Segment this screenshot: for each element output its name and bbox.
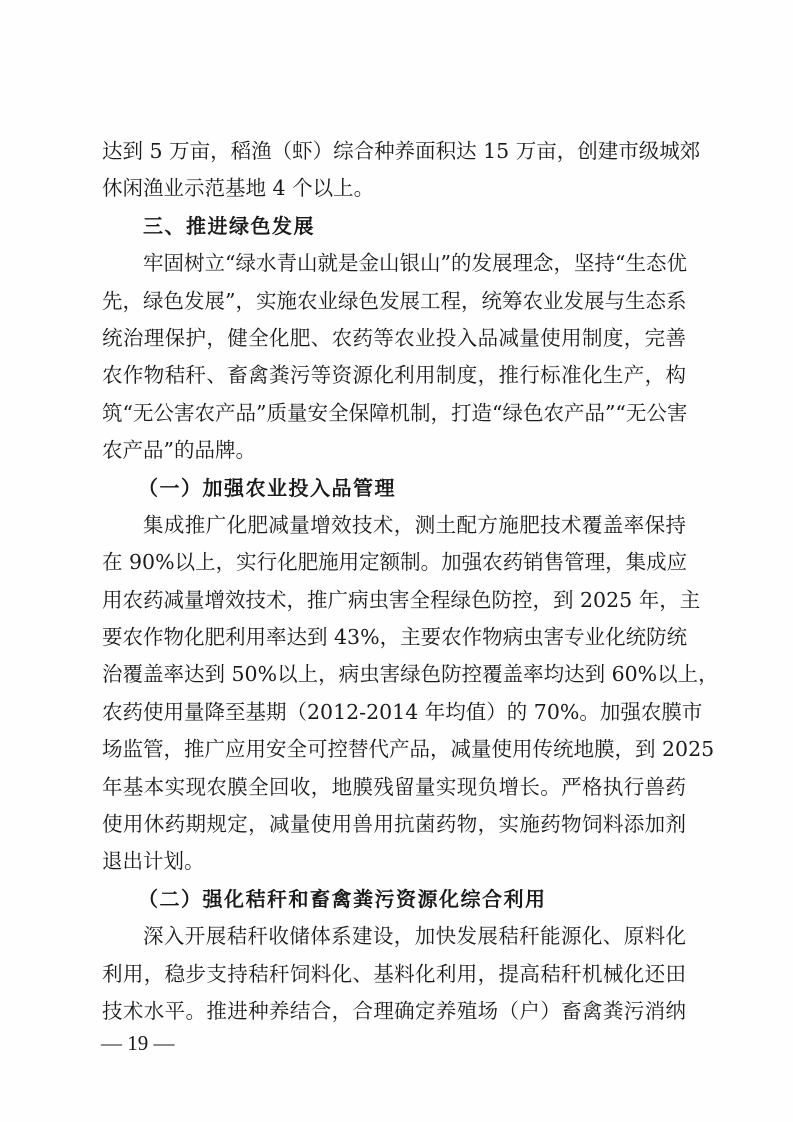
paragraph-line: 要农作物化肥利用率达到 43%，主要农作物病虫害专业化统防统 (102, 619, 686, 656)
paragraph-line: 深入开展秸秆收储体系建设，加快发展秸秆能源化、原料化 (102, 918, 686, 955)
subsection-heading: （二）强化秸秆和畜禽粪污资源化综合利用 (102, 881, 686, 918)
paragraph-line: 农产品”的品牌。 (102, 432, 686, 469)
paragraph-line: 场监管，推广应用安全可控替代产品，减量使用传统地膜，到 2025 (102, 731, 686, 768)
paragraph-line: 退出计划。 (102, 843, 686, 880)
paragraph-line: 年基本实现农膜全回收，地膜残留量实现负增长。严格执行兽药 (102, 769, 686, 806)
paragraph-line: 先，绿色发展”，实施农业绿色发展工程，统筹农业发展与生态系 (102, 283, 686, 320)
paragraph-line: 使用休药期规定，减量使用兽用抗菌药物，实施药物饲料添加剂 (102, 806, 686, 843)
paragraph-line: 在 90%以上，实行化肥施用定额制。加强农药销售管理，集成应 (102, 544, 686, 581)
subsection-heading: （一）加强农业投入品管理 (102, 470, 686, 507)
paragraph-line: 达到 5 万亩，稻渔（虾）综合种养面积达 15 万亩，创建市级城郊 (102, 133, 686, 170)
paragraph-line: 农作物秸秆、畜禽粪污等资源化利用制度，推行标准化生产，构 (102, 357, 686, 394)
page-number: — 19 — (101, 1030, 175, 1056)
paragraph-line: 农药使用量降至基期（2012-2014 年均值）的 70%。加强农膜市 (102, 694, 686, 731)
paragraph-line: 休闲渔业示范基地 4 个以上。 (102, 170, 686, 207)
paragraph-line: 牢固树立“绿水青山就是金山银山”的发展理念，坚持“生态优 (102, 245, 686, 282)
paragraph-line: 治覆盖率达到 50%以上，病虫害绿色防控覆盖率均达到 60%以上， (102, 656, 686, 693)
paragraph-line: 技术水平。推进种养结合，合理确定养殖场（户）畜禽粪污消纳 (102, 993, 686, 1030)
document-body: 达到 5 万亩，稻渔（虾）综合种养面积达 15 万亩，创建市级城郊 休闲渔业示范… (102, 133, 686, 1030)
paragraph-line: 用农药减量增效技术，推广病虫害全程绿色防控，到 2025 年，主 (102, 582, 686, 619)
section-heading: 三、推进绿色发展 (102, 208, 686, 245)
paragraph-line: 利用，稳步支持秸秆饲料化、基料化利用，提高秸秆机械化还田 (102, 956, 686, 993)
paragraph-line: 筑“无公害农产品”质量安全保障机制，打造“绿色农产品”“无公害 (102, 395, 686, 432)
document-page: 达到 5 万亩，稻渔（虾）综合种养面积达 15 万亩，创建市级城郊 休闲渔业示范… (0, 0, 793, 1122)
paragraph-line: 集成推广化肥减量增效技术，测土配方施肥技术覆盖率保持 (102, 507, 686, 544)
paragraph-line: 统治理保护，健全化肥、农药等农业投入品减量使用制度，完善 (102, 320, 686, 357)
